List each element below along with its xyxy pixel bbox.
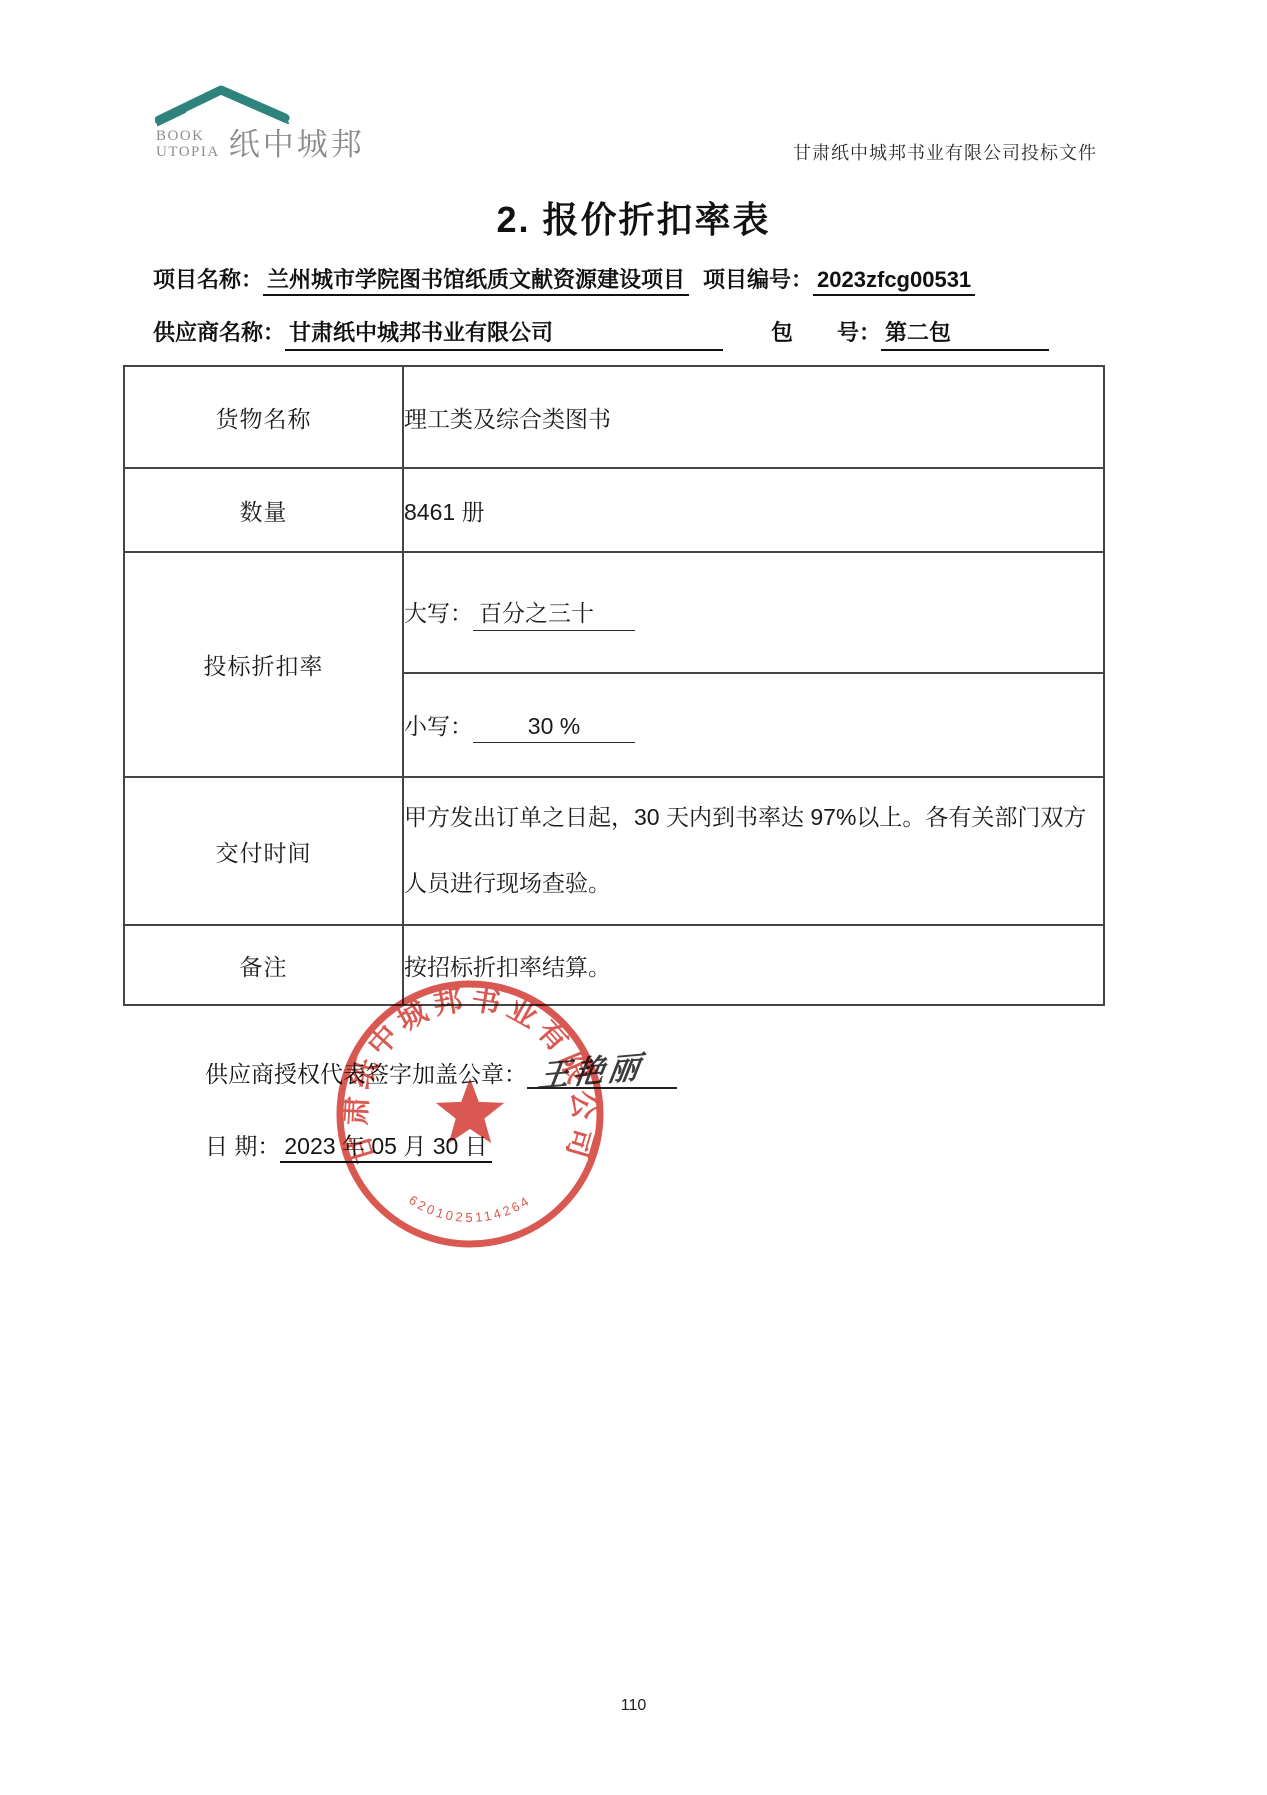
table-row-remark: 备注 按招标折扣率结算。 — [124, 925, 1104, 1005]
delivery-time-value: 甲方发出订单之日起，30 天内到书率达 97%以上。各有关部门双方人员进行现场查… — [403, 777, 1104, 925]
remark-value: 按招标折扣率结算。 — [403, 925, 1104, 1005]
book-roof-icon — [155, 84, 291, 128]
logo-latin-line2: UTOPIA — [156, 144, 220, 160]
discount-rate-label: 投标折扣率 — [124, 552, 403, 777]
remark-label: 备注 — [124, 925, 403, 1005]
quantity-label: 数量 — [124, 468, 403, 552]
stamp-serial-number: 6201025114264 — [406, 1192, 533, 1225]
quotation-table: 货物名称 理工类及综合类图书 数量 8461 册 投标折扣率 大写：百分之三十 … — [123, 365, 1105, 1006]
project-name-label: 项目名称： — [153, 267, 263, 292]
project-name-value: 兰州城市学院图书馆纸质文献资源建设项目 — [263, 267, 689, 296]
discount-lower-label: 小写： — [404, 713, 473, 739]
page-title: 2. 报价折扣率表 — [0, 192, 1267, 243]
table-row-delivery: 交付时间 甲方发出订单之日起，30 天内到书率达 97%以上。各有关部门双方人员… — [124, 777, 1104, 925]
package-no-label: 包 号： — [771, 320, 881, 345]
logo-latin-line1: BOOK — [156, 128, 220, 144]
logo-latin-text: BOOK UTOPIA — [156, 128, 220, 160]
company-seal-stamp: 甘肃纸中城邦书业有限公司 6201025114264 — [330, 974, 610, 1254]
table-row-quantity: 数量 8461 册 — [124, 468, 1104, 552]
signature-slot: 王艳丽 — [527, 1057, 677, 1089]
delivery-time-label: 交付时间 — [124, 777, 403, 925]
discount-upper-cell: 大写：百分之三十 — [403, 552, 1104, 673]
document-page: BOOK UTOPIA 纸中城邦 甘肃纸中城邦书业有限公司投标文件 2. 报价折… — [0, 0, 1267, 1795]
date-value: 2023 年 05 月 30 日 — [280, 1133, 491, 1163]
logo-cjk-text: 纸中城邦 — [229, 129, 365, 160]
project-no-value: 2023zfcg00531 — [813, 267, 975, 296]
goods-name-value: 理工类及综合类图书 — [403, 366, 1104, 468]
supplier-name-value: 甘肃纸中城邦书业有限公司 — [285, 316, 723, 351]
logo-text: BOOK UTOPIA 纸中城邦 — [156, 128, 365, 160]
project-info-line: 项目名称：兰州城市学院图书馆纸质文献资源建设项目项目编号：2023zfcg005… — [153, 263, 975, 294]
package-no-value: 第二包 — [881, 316, 1049, 351]
table-row-goods: 货物名称 理工类及综合类图书 — [124, 366, 1104, 468]
supplier-name-label: 供应商名称： — [153, 320, 285, 345]
project-no-label: 项目编号： — [703, 267, 813, 292]
date-line: 日 期：2023 年 05 月 30 日 — [205, 1128, 492, 1161]
goods-name-label: 货物名称 — [124, 366, 403, 468]
discount-upper-value: 百分之三十 — [473, 595, 635, 631]
supplier-info-line: 供应商名称：甘肃纸中城邦书业有限公司包 号：第二包 — [153, 316, 1049, 351]
discount-upper-label: 大写： — [404, 600, 473, 626]
discount-lower-cell: 小写：30 % — [403, 673, 1104, 777]
discount-lower-value: 30 % — [473, 713, 635, 743]
signature-label: 供应商授权代表签字加盖公章： — [205, 1061, 527, 1087]
quantity-value: 8461 册 — [403, 468, 1104, 552]
header-company-doc-label: 甘肃纸中城邦书业有限公司投标文件 — [793, 139, 1097, 165]
page-number: 110 — [0, 1697, 1267, 1715]
table-row-discount-upper: 投标折扣率 大写：百分之三十 — [124, 552, 1104, 673]
date-label: 日 期： — [205, 1133, 280, 1159]
handwritten-signature: 王艳丽 — [536, 1041, 648, 1096]
signature-line: 供应商授权代表签字加盖公章：王艳丽 — [205, 1056, 677, 1089]
stamp-outer-ring — [340, 984, 600, 1244]
